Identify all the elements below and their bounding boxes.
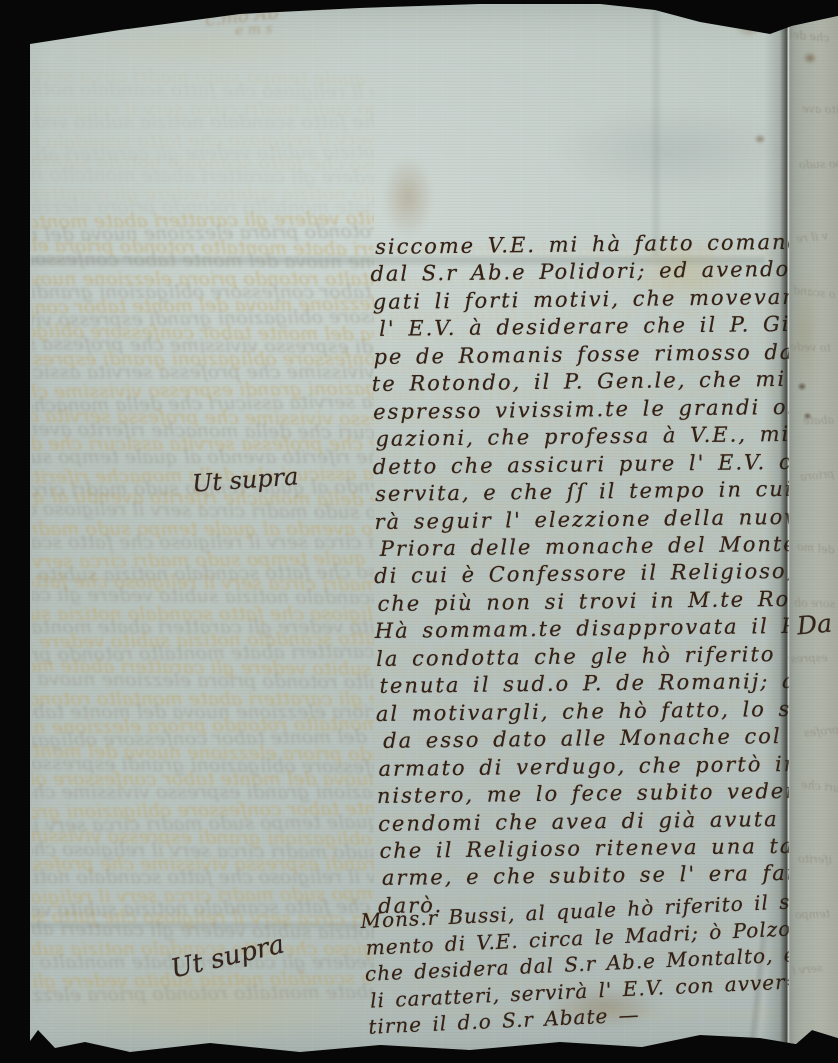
letter-postscript: Mons.r Bussi, al quale hò riferito il se…: [360, 886, 838, 1040]
bleedthrough-line: o notizia subito vedere gli caratteri ab…: [32, 638, 374, 667]
bleedthrough-line: abate: [803, 413, 835, 427]
adjacent-page-edge: Da che delito avepo sudov il reo scandto…: [789, 0, 838, 1063]
dark-speck: [797, 382, 807, 391]
bleedthrough-line: avendo al quale tempo sudo madri circa s…: [32, 570, 374, 599]
bleedthrough-line: montalto rotondo priora elezzione nuova …: [32, 768, 374, 790]
bleedthrough-line: che riferito avendo al quale tempo sudo …: [32, 880, 374, 909]
bleedthrough-line: obligazioni grandi espresso vivissime ch…: [32, 361, 374, 383]
bleedthrough-line: ri abate montalto rotondo priora elezzio…: [32, 289, 374, 318]
bleedthrough-line: tempo sudo madri circa serv il religioso…: [32, 603, 374, 625]
bleedthrough-line: erito avendo al quale tempo sudo madri c…: [32, 838, 374, 867]
bleedthrough-line: iferito: [798, 852, 832, 866]
bleedthrough-line: priora elezzione nuova del monte tabor c…: [32, 794, 374, 823]
yellow-band-stain: [35, 972, 375, 1044]
bleedthrough-line: riferito avendo al quale tempo sudo madr…: [32, 98, 374, 120]
brown-speck: [754, 134, 766, 144]
brown-speck: [803, 52, 817, 64]
bleedthrough-line: elezzione nuova del monte tabor confesso…: [32, 752, 374, 781]
bleedthrough-line: serv i: [791, 961, 823, 977]
bleedthrough-line: do madri circa serv il religioso che fat…: [32, 150, 374, 179]
bleedthrough-line: che della monache riferito avendo al qua…: [32, 64, 374, 93]
bleedthrough-line: tempo: [795, 907, 830, 921]
bleedthrough-line: el monte tabor confessore obligazioni gr…: [32, 781, 374, 803]
bleedthrough-line: ssicuri che della monache riferito avend…: [32, 518, 374, 540]
bleedthrough-line: e tempo sudo madri circa serv il religio…: [32, 78, 374, 107]
bleedthrough-line: he fatto scandalo notizia subito vedere …: [32, 205, 374, 234]
bleedthrough-line: al quale tempo sudo madri circa serv il …: [32, 531, 374, 553]
paper-shading: [555, 105, 790, 195]
bleedthrough-line: adri circa serv il religioso che fatto s…: [32, 893, 374, 922]
bleedthrough-line: che fatto scandalo notizia subito vedere…: [32, 616, 374, 638]
bleedthrough-line: i circa serv il religioso che fatto scan…: [32, 111, 374, 133]
bleedthrough-line: o scand: [792, 284, 836, 301]
bleedthrough-line: subito vedere gli caratteri abate montal…: [32, 709, 374, 738]
scan-background: c.mo Ab e m s che della monache riferito…: [0, 0, 838, 1063]
bleedthrough-line: rv il religioso che fatto scandalo notiz…: [32, 183, 374, 205]
bleedthrough-line: o rotondo priora elezzione nuova del mon…: [32, 722, 374, 751]
margin-note-ut-supra-2: Ut supra: [168, 929, 287, 984]
bleedthrough-line: po sudo: [799, 157, 838, 172]
bleedthrough-line: tabor confessore obligazioni grandi espr…: [32, 332, 374, 361]
bleedthrough-line: scandalo notizia subito vedere gli carat…: [32, 688, 374, 710]
bleedthrough-line: monache riferito avendo al quale tempo s…: [32, 544, 374, 573]
bleedthrough-line: eri abate montalto rotondo priora elezzi…: [32, 701, 374, 723]
bleedthrough-line: di espresso vivissime che professa servi…: [32, 387, 374, 416]
bleedthrough-line: edere gli caratteri abate montalto roton…: [32, 268, 374, 290]
bleedthrough-line: li caratteri abate montalto rotondo prio…: [32, 217, 374, 246]
bleedthrough-line: che del: [789, 28, 830, 45]
bleedthrough-line: l religioso che fatto scandalo notizia s…: [32, 918, 374, 947]
bleedthrough-line: abor confessore obligazioni grandi espre…: [32, 853, 374, 875]
bleedthrough-line: e riferito avendo al quale tempo sudo ma…: [32, 498, 374, 527]
bleedthrough-line: al quale tempo sudo madri circa serv il …: [32, 125, 374, 154]
faint-top-stain: [55, 26, 355, 68]
bleedthrough-line: profes: [803, 723, 838, 740]
bleedthrough-line: e nuova del monte tabor confessore oblig…: [32, 302, 374, 331]
manuscript-page: c.mo Ab e m s che della monache riferito…: [0, 0, 838, 1063]
bleedthrough-text-left: che della monache riferito avendo al qua…: [32, 58, 374, 1045]
adjacent-page-word: Da: [796, 609, 833, 641]
horizontal-fold-crease: [30, 918, 375, 930]
faint-ink-offset-mark: e m s: [235, 21, 273, 39]
bleedthrough-line: do al quale tempo sudo madri circa serv …: [32, 905, 374, 934]
bleedthrough-line: izia subito vedere gli caratteri abate m…: [32, 978, 374, 1007]
bleedthrough-line: eligioso che fatto scandalo notizia subi…: [32, 138, 374, 167]
bleedthrough-line: sime che professa servita assicuri che d…: [32, 417, 374, 446]
bleedthrough-line: erv il religioso che fatto scandalo noti…: [32, 583, 374, 612]
bleedthrough-line: uale tempo sudo madri circa serv il reli…: [32, 866, 374, 888]
bleedthrough-line: caratteri abate montalto rotondo priora …: [32, 739, 374, 768]
bleedthrough-line: a subito vedere gli caratteri abate mont…: [32, 196, 374, 218]
bleedthrough-line: to vede: [790, 340, 831, 354]
bleedthrough-line: v il re: [795, 229, 828, 245]
bleedthrough-line: o priora elezzione nuova del monte tabor…: [32, 281, 374, 303]
bleedthrough-line: ito ave: [802, 102, 838, 116]
bleedthrough-line: circa serv il religioso che fatto scanda…: [32, 625, 374, 654]
bleedthrough-line: ni grandi espresso vivissime che profess…: [32, 433, 374, 455]
bleedthrough-line: o scandalo notizia subito vedere gli car…: [32, 163, 374, 192]
bleedthrough-line: servita assicuri che della monache rifer…: [32, 446, 374, 468]
bleedthrough-line: uri che: [800, 778, 838, 795]
bleedthrough-line: nuova del monte tabor confessore obligaz…: [32, 824, 374, 853]
bleedthrough-line: notizia subito vedere gli caratteri abat…: [32, 235, 374, 264]
vertical-fold-crease: [650, 6, 662, 256]
bleedthrough-line: e montalto rotondo priora elezzione nuov…: [32, 247, 374, 276]
bleedthrough-line: rotondo priora elezzione nuova del monte…: [32, 319, 374, 348]
bleedthrough-line: vedere gli caratteri abate montalto roto…: [32, 667, 374, 696]
bleedthrough-line: fessore obligazioni grandi espresso vivi…: [32, 404, 374, 433]
bleedthrough-line: udo madri circa serv il religioso che fa…: [32, 558, 374, 587]
bleedthrough-line: igioso che fatto scandalo notizia subito…: [32, 655, 374, 684]
bleedthrough-line: espres: [791, 651, 828, 665]
bleedthrough-line: del mo: [796, 540, 835, 557]
margin-note-ut-supra-1: Ut supra: [191, 462, 299, 497]
brown-spot: [734, 12, 764, 38]
bleedthrough-line: l monte tabor confessore obligazioni gra…: [32, 374, 374, 403]
letter-body: siccome V.E. mi hà fatto comandaredal S.…: [370, 228, 838, 920]
ink-bleed-stain: [382, 156, 434, 238]
bleedthrough-line: lezzione nuova del monte tabor confessor…: [32, 348, 374, 370]
bleedthrough-line: priora: [799, 467, 834, 484]
bleedthrough-line: della monache riferito avendo al quale t…: [32, 807, 374, 836]
